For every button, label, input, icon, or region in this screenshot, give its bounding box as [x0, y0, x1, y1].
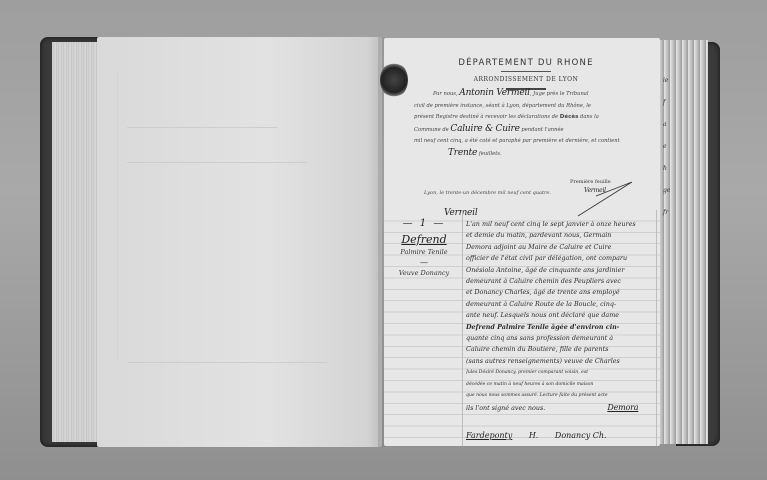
certification-paragraph: Par nous, Antonin Vermeil, Juge près le …: [378, 88, 640, 160]
text: Par nous,: [433, 91, 458, 97]
arrondissement-title: ARRONDISSEMENT DE LYON: [406, 76, 646, 83]
text: Commune de: [414, 127, 449, 133]
cert-line-2: civil de première instance, séant à Lyon…: [378, 101, 640, 113]
cert-line-1: Par nous, Antonin Vermeil, Juge près le …: [378, 88, 640, 101]
margin-rule: [656, 210, 657, 446]
closing-text: ils l'ont signé avec nous.: [466, 404, 545, 412]
witness-signatures: Fardeponty H. Donancy Ch.: [466, 431, 607, 440]
margin-mark: e: [663, 136, 677, 158]
entry-margin: — 1 — Defrend Palmire Tenile — Veuve Don…: [384, 218, 464, 277]
margin-mark: a: [663, 114, 677, 136]
entry-line: demeurant à Caluire Route de la Boucle, …: [466, 299, 656, 310]
certification-date: Lyon, le trente-un décembre mil neuf cen…: [424, 190, 551, 196]
deceased-given-names: Palmire Tenile: [384, 248, 464, 256]
entry-line: ante neuf. Lesquels nous ont déclaré que…: [466, 310, 656, 321]
commune-name: Caluire & Cuire: [450, 124, 519, 134]
entry-line: décédée ce matin à neuf heures à son dom…: [466, 379, 656, 390]
signature: Fardeponty: [466, 431, 512, 440]
department-title: DÉPARTEMENT DU RHONE: [406, 58, 646, 68]
ghost-rule: [127, 127, 277, 128]
entry-line: Demora adjoint au Maire de Caluire et Cu…: [466, 242, 656, 253]
separator-mark: —: [384, 258, 464, 267]
judge-name: Antonin Vermeil: [459, 88, 530, 98]
edge-margin-marks: ie f a e h ge fr: [663, 70, 677, 224]
entry-line: Caluire chemin du Boutiere, fille de par…: [466, 344, 656, 355]
text: pendant l'année: [521, 127, 563, 133]
left-page-edges: [52, 42, 98, 442]
left-page: [97, 37, 382, 447]
entry-line: Onésiola Antoine, âgé de cinquante ans j…: [466, 265, 656, 276]
entry-line: et demie du matin, pardevant nous, Germa…: [466, 230, 656, 241]
entry-number: — 1 —: [384, 218, 464, 229]
officer-signature: Demora: [607, 403, 638, 412]
sheet-count: Trente: [448, 148, 477, 158]
signature: H.: [529, 431, 539, 440]
entry-line: Defrend Palmire Tenile âgée d'environ ci…: [466, 322, 656, 333]
divider: [501, 71, 551, 72]
register-book: DÉPARTEMENT DU RHONE ARRONDISSEMENT DE L…: [0, 0, 767, 480]
ghost-rule: [127, 362, 327, 363]
entry-line: demeurant à Caluire chemin des Peupliers…: [466, 276, 656, 287]
deces-label: Décès: [560, 114, 579, 120]
entry-line: ils l'ont signé avec nous. Demora: [466, 402, 656, 414]
entry-line: Jules Désiré Donancy, premier comparant …: [466, 367, 656, 378]
entry-line: L'an mil neuf cent cinq le sept janvier …: [466, 219, 656, 230]
cert-line-4: Commune de Caluire & Cuire pendant l'ann…: [378, 124, 640, 137]
text: présent Registre destiné à recevoir les …: [414, 114, 558, 120]
entry-line: officier de l'état civil par délégation,…: [466, 253, 656, 264]
cert-line-3: présent Registre destiné à recevoir les …: [378, 112, 640, 124]
entry-line: que nous nous sommes assuré. Lecture fai…: [466, 390, 656, 401]
spouse-note: Veuve Donancy: [384, 269, 464, 277]
cert-line-6: Trente feuillets.: [378, 148, 640, 161]
entry-line: quante cinq ans sans profession demeuran…: [466, 333, 656, 344]
margin-mark: ie: [663, 70, 677, 92]
entry-body: L'an mil neuf cent cinq le sept janvier …: [466, 219, 656, 414]
margin-mark: ge: [663, 180, 677, 202]
signature: Donancy Ch.: [555, 431, 607, 440]
margin-mark: f: [663, 92, 677, 114]
right-page: DÉPARTEMENT DU RHONE ARRONDISSEMENT DE L…: [384, 38, 660, 446]
margin-mark: fr: [663, 202, 677, 224]
deceased-surname: Defrend: [384, 233, 464, 246]
text: feuillets.: [479, 151, 502, 157]
margin-mark: h: [663, 158, 677, 180]
page-header: DÉPARTEMENT DU RHONE ARRONDISSEMENT DE L…: [406, 58, 646, 90]
ghost-rule: [127, 162, 307, 163]
entry-line: et Donancy Charles, âgé de trente ans em…: [466, 287, 656, 298]
text: dans la: [580, 114, 599, 120]
bleed-through-table: [117, 72, 347, 362]
entry-line: (sans autres renseignements) veuve de Ch…: [466, 356, 656, 367]
cert-line-5: mil neuf cent cinq, a été coté et paraph…: [378, 136, 640, 148]
text: , Juge près le Tribunal: [530, 91, 589, 97]
